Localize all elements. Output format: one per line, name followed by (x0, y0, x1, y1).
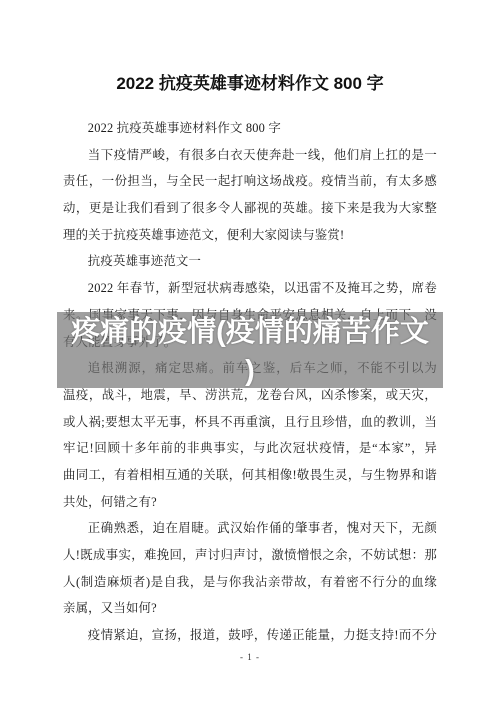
text-line: 责任，一份担当，与全民一起打响这场战疫。疫情当前，有太多感 (63, 168, 437, 195)
text-line: 人(制造麻烦者)是自我，是与你我沾亲带故，有着密不行分的血缘 (63, 569, 437, 596)
page-number: - 1 - (0, 652, 500, 662)
text-line: 抗疫英雄事迹范文一 (63, 248, 437, 275)
text-line: 疫情紧迫，宣扬，报道，鼓呼，传递正能量，力挺支持!而不分青 (63, 622, 437, 649)
text-line: 或人祸;要想太平无事，杯具不再重演，且行且珍惜，血的教训，当 (63, 409, 437, 436)
text-line: 正确熟悉，迫在眉睫。武汉始作俑的肇事者，愧对天下，无颜见 (63, 515, 437, 542)
text-line: 理的关于抗疫英雄事迹范文，便利大家阅读与鉴赏! (63, 222, 437, 249)
text-line: 曲同工，有着相相互通的关联，何其相像!敬畏生灵，与生物界和谐 (63, 462, 437, 489)
text-line: 牢记!回顾十多年前的非典事实，与此次冠状疫情，是“本家”，异 (63, 435, 437, 462)
document-page: 2022 抗疫英雄事迹材料作文 800 字 2022 抗疫英雄事迹材料作文 80… (0, 0, 500, 706)
text-line: 共处，何错之有? (63, 489, 437, 516)
text-line: 当下疫情严峻，有很多白衣天使奔赴一线，他们肩上扛的是一份 (63, 142, 437, 169)
watermark-text-line1: 疼痛的疫情(疫情的痛苦作文 (57, 312, 443, 351)
watermark-overlay: 疼痛的疫情(疫情的痛苦作文 ) (57, 312, 443, 388)
text-line: 人!既成事实，难挽回，声讨归声讨，激愤憎恨之余，不妨试想：那 (63, 542, 437, 569)
text-line: 2022 抗疫英雄事迹材料作文 800 字 (63, 115, 437, 142)
text-line: 动，更是让我们看到了很多令人鄙视的英雄。接下来是我为大家整 (63, 195, 437, 222)
text-line: 2022 年春节，新型冠状病毒感染，以迅雷不及掩耳之势，席卷而 (63, 275, 437, 302)
watermark-text-line2: ) (57, 351, 443, 390)
document-title: 2022 抗疫英雄事迹材料作文 800 字 (0, 70, 500, 98)
text-line: 亲属，又当如何? (63, 595, 437, 622)
